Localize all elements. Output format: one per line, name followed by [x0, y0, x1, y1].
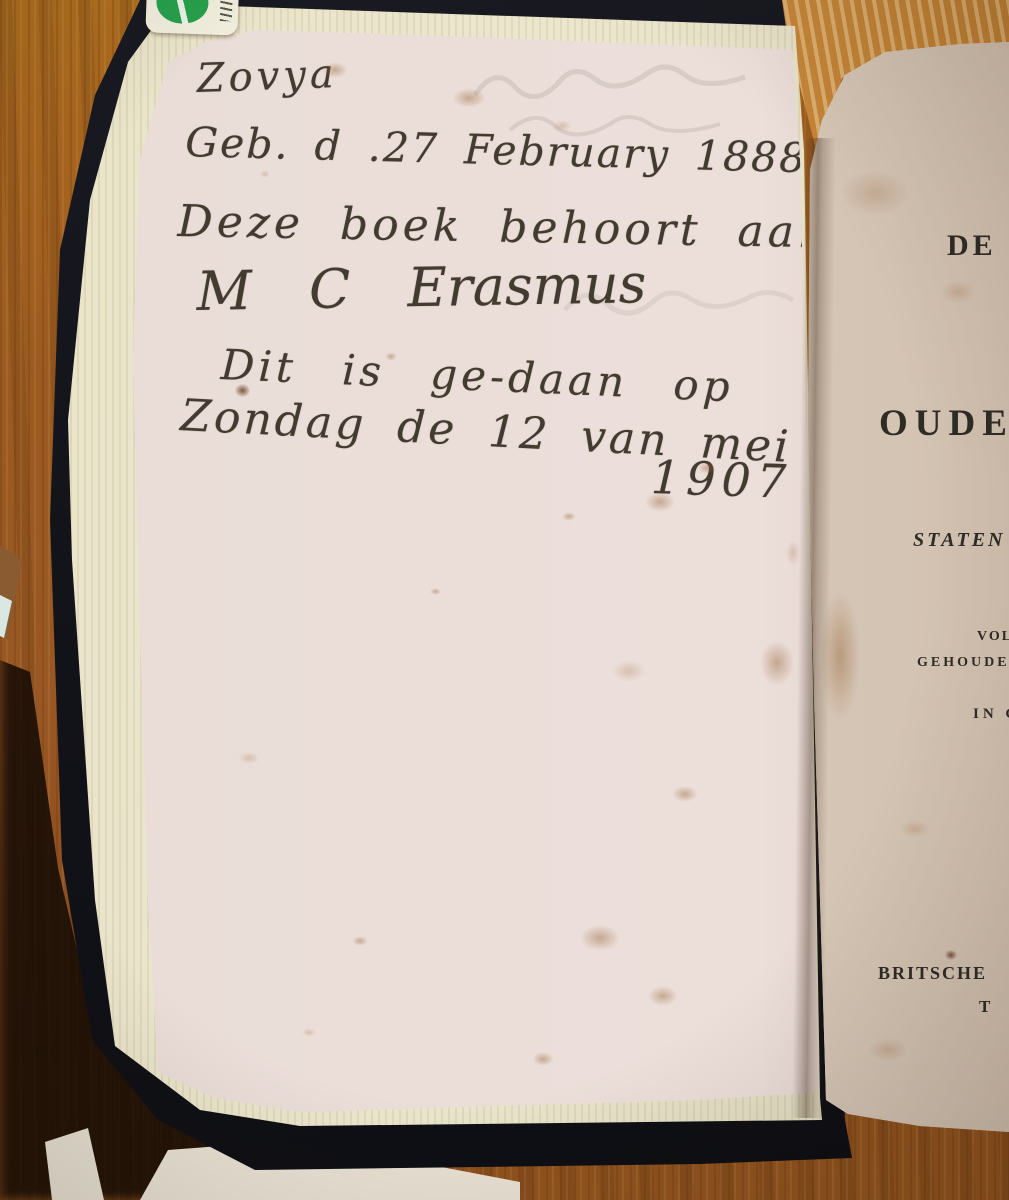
foxing-stain [235, 384, 250, 397]
foxing-stain [868, 1038, 908, 1062]
imprint-fragment: BRITSCHE E [878, 963, 1009, 984]
photo-of-open-book: Zovya Geb. d .27 February 1888 Deze boek… [0, 0, 1009, 1200]
title-fragment: OUDEN [879, 402, 1009, 445]
foxing-stain [940, 280, 976, 304]
foxing-stain [645, 492, 675, 512]
title-fragment: STATEN G [913, 529, 1009, 552]
title-fragment: VOL [977, 629, 1009, 645]
foxing-stain [322, 62, 348, 78]
foxing-stain [352, 936, 368, 946]
foxing-stain [672, 786, 698, 802]
title-fragment: DE [947, 229, 997, 263]
rolled-bookmark [145, 0, 238, 36]
foxing-stain [562, 512, 576, 521]
foxing-stain [452, 88, 486, 108]
title-fragment: GEHOUDE [917, 655, 1009, 671]
foxing-stain [648, 986, 678, 1006]
foxing-stain [612, 660, 646, 682]
foxing-stain [302, 1028, 316, 1037]
foxing-stain [945, 950, 957, 960]
handwriting-line: M C Erasmus [196, 252, 647, 323]
foxing-stain [385, 352, 397, 361]
foxing-stain [840, 170, 910, 216]
handwriting-line: Zovya [196, 51, 338, 102]
foxing-stain [900, 820, 930, 838]
imprint-fragment: T [979, 997, 990, 1017]
foxing-stain [260, 170, 270, 178]
foxing-stain [760, 640, 794, 686]
title-fragment: IN G [973, 706, 1009, 723]
handwriting-line: Deze boek behoort aan [177, 196, 831, 258]
foxing-stain [430, 588, 441, 595]
green-disc-icon [156, 0, 209, 25]
foxing-stain [238, 752, 260, 764]
roll-marking [220, 0, 233, 21]
foxing-stain [532, 1052, 554, 1066]
foxing-stain [552, 120, 572, 132]
foxing-stain [698, 462, 716, 474]
foxing-stain [580, 925, 620, 951]
